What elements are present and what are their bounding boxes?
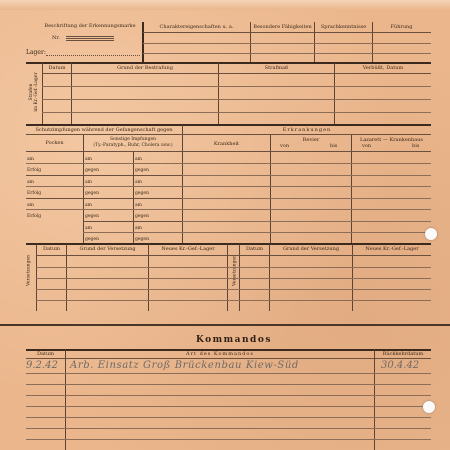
row-line <box>36 289 431 290</box>
transfer-col-grund: Grund der Versetzung <box>67 246 148 252</box>
vaccinations-title: Schutzimpfungen während der Gefangenscha… <box>26 127 182 133</box>
lager-label: Lager: <box>26 50 46 56</box>
row-line <box>143 43 431 44</box>
row-line <box>26 358 431 359</box>
illnesses-title: Erkrankungen <box>183 127 431 133</box>
strafen-col-grund: Grund der Bestrafung <box>72 65 218 71</box>
nr-label: Nr. <box>52 35 60 41</box>
row-line <box>26 163 182 164</box>
vacc-cell: am <box>135 157 142 162</box>
row-line <box>36 278 431 279</box>
vacc-cell: am <box>85 180 92 185</box>
pocken-cell: am <box>27 180 34 185</box>
section-divider <box>26 243 431 245</box>
vacc-cell: gegen <box>135 214 149 219</box>
divider <box>374 350 375 450</box>
pocken-cell: am <box>27 157 34 162</box>
row-line <box>182 175 431 176</box>
row-line <box>26 428 431 429</box>
row-line <box>182 134 431 135</box>
section-divider <box>26 124 431 126</box>
strafen-col-strafmass: Strafmaß <box>219 65 334 71</box>
strafen-side-label: Strafen im Kr.-Gef.-Lager <box>29 72 39 112</box>
lager-field[interactable] <box>46 55 140 56</box>
other-vacc-label-2: (Ty.-Paratyph., Ruhr, Cholera usw.) <box>84 143 182 149</box>
vacc-cell: gegen <box>85 237 99 242</box>
strafen-col-verbuesst: Verbüßt, Datum <box>335 65 431 71</box>
vacc-cell: gegen <box>85 191 99 196</box>
pocken-cell: am <box>27 203 34 208</box>
row-line <box>42 73 431 74</box>
row-line <box>26 395 431 396</box>
nr-line <box>66 38 114 39</box>
vacc-cell: am <box>85 157 92 162</box>
revier-von: von <box>280 143 289 149</box>
col-character: Charaktereigenschaften u. a. <box>143 24 250 30</box>
row-line <box>26 373 431 374</box>
vacc-cell: gegen <box>135 168 149 173</box>
row-line <box>26 151 182 152</box>
kommandos-title: Kommandos <box>196 335 272 345</box>
vacc-cell: gegen <box>135 191 149 196</box>
transfer-col-datum-2: Datum <box>240 246 269 252</box>
vacc-cell: am <box>135 180 142 185</box>
row-line <box>26 417 431 418</box>
kommando-entry-art: Arb. Einsatz Groß Brückenbau Kiew-Süd <box>70 360 299 371</box>
nr-line <box>66 40 114 41</box>
row-line <box>36 255 431 256</box>
row-line <box>26 439 431 440</box>
transfers-side-label-left: Versetzungen <box>27 246 32 296</box>
vacc-cell: gegen <box>85 168 99 173</box>
nr-line <box>66 36 114 37</box>
vacc-cell: gegen <box>135 237 149 242</box>
section-divider <box>26 62 431 64</box>
revier-bis: bis <box>330 143 337 149</box>
row-line <box>26 186 182 187</box>
pocken-label: Pocken <box>26 140 83 146</box>
hospital-bis: bis <box>412 143 419 149</box>
row-line <box>182 209 431 210</box>
row-line <box>42 112 431 113</box>
row-line <box>26 134 182 135</box>
col-languages: Sprachkenntnisse <box>315 24 372 30</box>
identity-tag-label: Beschriftung der Erkennungsmarke <box>40 23 140 29</box>
vacc-cell: am <box>135 226 142 231</box>
col-abilities: Besondere Fähigkeiten <box>251 24 314 30</box>
row-line <box>36 300 431 301</box>
kommando-col-rueckkehr: Rückkehrdatum <box>375 351 431 357</box>
row-line <box>42 86 431 87</box>
row-line <box>26 384 431 385</box>
kommando-col-datum: Datum <box>26 351 65 357</box>
divider <box>133 151 134 243</box>
transfer-col-grund-2: Grund der Versetzung <box>270 246 352 252</box>
divider <box>65 350 66 450</box>
strafen-col-datum: Datum <box>43 65 71 71</box>
row-line <box>182 232 431 233</box>
punch-hole <box>423 401 435 413</box>
pocken-cell: Erfolg <box>27 191 41 196</box>
card-fold-line <box>0 324 450 326</box>
vacc-cell: gegen <box>85 214 99 219</box>
row-line <box>36 267 431 268</box>
paper-top-edge <box>0 0 450 10</box>
record-card: Beschriftung der Erkennungsmarke Nr. Lag… <box>0 0 450 450</box>
row-line <box>182 151 431 152</box>
kommando-col-art: Art des Kommandos <box>66 351 374 357</box>
row-line <box>26 198 182 199</box>
pocken-cell: Erfolg <box>27 168 41 173</box>
row-line <box>182 186 431 187</box>
row-line <box>143 53 431 54</box>
kommando-entry-datum: 9.2.42 <box>26 360 58 371</box>
transfer-col-lager-2: Neues Kr.-Gef.-Lager <box>353 246 431 252</box>
vacc-cell: am <box>85 226 92 231</box>
row-line <box>42 99 431 100</box>
row-line <box>26 209 182 210</box>
row-line <box>83 232 182 233</box>
other-vaccinations-label: Sonstige Impfungen (Ty.-Paratyph., Ruhr,… <box>84 137 182 149</box>
hospital-von: von <box>362 143 371 149</box>
pocken-cell: Erfolg <box>27 214 41 219</box>
row-line <box>26 175 182 176</box>
col-conduct: Führung <box>373 24 430 30</box>
row-line <box>83 221 182 222</box>
illness-col-label: Krankheit <box>183 141 270 147</box>
row-line <box>182 163 431 164</box>
vacc-cell: am <box>135 203 142 208</box>
row-line <box>182 221 431 222</box>
row-line <box>26 406 431 407</box>
transfer-col-lager: Neues Kr.-Gef.-Lager <box>149 246 227 252</box>
vacc-cell: am <box>85 203 92 208</box>
transfer-col-datum: Datum <box>37 246 66 252</box>
strafen-label-2: im Kr.-Gef.-Lager <box>34 72 39 112</box>
punch-hole <box>425 228 437 240</box>
row-line <box>143 32 431 33</box>
kommando-entry-rueckkehr: 30.4.42 <box>381 360 419 371</box>
transfers-side-label-right: Versetzungen <box>233 246 238 296</box>
row-line <box>182 198 431 199</box>
